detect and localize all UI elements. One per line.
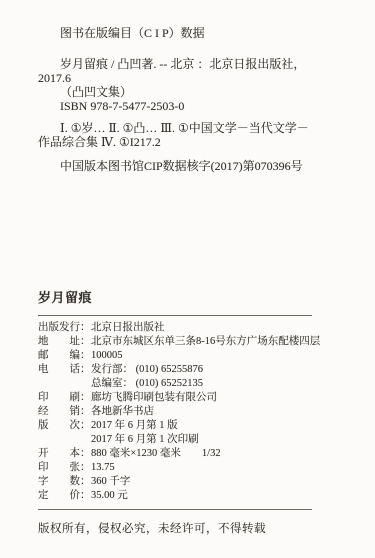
cip-classification-line-2: 作品综合集 Ⅳ. ①I217.2 <box>38 135 350 149</box>
colophon-row-label: 字 数： <box>38 475 91 489</box>
colophon-row: 总编室： (010) 65252135 <box>38 377 328 391</box>
colophon-row-label: 定 价： <box>38 489 91 503</box>
colophon-row-value: 北京市东城区东单三条8-16号东方广场东配楼四层 <box>91 336 320 347</box>
colophon-row-label: 版 次： <box>38 419 91 433</box>
colophon-row-label: 地 址： <box>38 335 91 349</box>
cip-heading: 图书在版编目（C I P）数据 <box>38 26 350 40</box>
colophon-row-label: 电 话： <box>38 363 91 377</box>
colophon-row-value: 100005 <box>91 350 123 361</box>
colophon-row-value: 13.75 <box>91 462 115 473</box>
cip-title-statement: 岁月留痕 / 凸凹著. -- 北京 ：北京日报出版社， <box>38 57 350 71</box>
colophon-row-value: 北京日报出版社 <box>91 322 165 333</box>
colophon-row: 字 数：360 千字 <box>38 475 328 489</box>
colophon-row-value: 35.00 元 <box>91 490 128 501</box>
colophon-row-label: 开 本： <box>38 447 91 461</box>
cip-classification-line-1: Ⅰ. ①岁… Ⅱ. ①凸… Ⅲ. ①中国文学－当代文学－ <box>38 121 350 135</box>
colophon-row-value: 2017 年 6 月第 1 次印刷 <box>91 434 199 445</box>
colophon-row: 邮 编：100005 <box>38 349 328 363</box>
colophon-row: 地 址：北京市东城区东单三条8-16号东方广场东配楼四层 <box>38 335 328 349</box>
divider-bottom <box>38 509 312 510</box>
book-title: 岁月留痕 <box>38 290 350 305</box>
colophon-row-label: 出版发行： <box>38 321 91 335</box>
colophon-row: 印 刷：廊坊飞腾印刷包装有限公司 <box>38 391 328 405</box>
colophon-row: 印 张：13.75 <box>38 461 328 475</box>
colophon-row: 定 价：35.00 元 <box>38 489 328 503</box>
colophon-row-value: 发行部： (010) 65255876 <box>91 364 203 375</box>
cip-data-block: 图书在版编目（C I P）数据 岁月留痕 / 凸凹著. -- 北京 ：北京日报出… <box>38 26 350 173</box>
colophon-row: 经 销：各地新华书店 <box>38 405 328 419</box>
colophon-row: 出版发行：北京日报出版社 <box>38 321 328 335</box>
book-copyright-page: 图书在版编目（C I P）数据 岁月留痕 / 凸凹著. -- 北京 ：北京日报出… <box>0 0 375 558</box>
colophon-row-value: 总编室： (010) 65252135 <box>91 378 203 389</box>
cip-isbn: ISBN 978-7-5477-2503-0 <box>38 99 350 113</box>
cip-record-number: 中国版本图书馆CIP数据核字(2017)第070396号 <box>38 159 350 173</box>
colophon-row-value: 廊坊飞腾印刷包装有限公司 <box>91 392 217 403</box>
cip-pub-year: 2017.6 <box>38 71 350 85</box>
colophon-row: 开 本：880 毫米×1230 毫米 1/32 <box>38 447 328 461</box>
colophon-row: 电 话：发行部： (010) 65255876 <box>38 363 328 377</box>
colophon-row-value: 2017 年 6 月第 1 版 <box>91 420 178 431</box>
colophon-row: 版 次：2017 年 6 月第 1 版 <box>38 419 328 433</box>
colophon-row: 2017 年 6 月第 1 次印刷 <box>38 433 328 447</box>
colophon-row-value: 360 千字 <box>91 476 130 487</box>
colophon-block: 岁月留痕 出版发行：北京日报出版社地 址：北京市东城区东单三条8-16号东方广场… <box>38 290 350 510</box>
copyright-notice: 版权所有，侵权必究，未经许可，不得转载 <box>38 522 350 536</box>
colophon-row-value: 各地新华书店 <box>91 406 154 417</box>
divider-top <box>38 315 312 316</box>
colophon-row-label: 邮 编： <box>38 349 91 363</box>
colophon-rows: 出版发行：北京日报出版社地 址：北京市东城区东单三条8-16号东方广场东配楼四层… <box>38 321 328 503</box>
cip-series-title: （凸凹文集） <box>38 85 350 99</box>
colophon-row-label: 印 张： <box>38 461 91 475</box>
colophon-row-value: 880 毫米×1230 毫米 1/32 <box>91 448 221 459</box>
colophon-row-label: 印 刷： <box>38 391 91 405</box>
colophon-row-label: 经 销： <box>38 405 91 419</box>
